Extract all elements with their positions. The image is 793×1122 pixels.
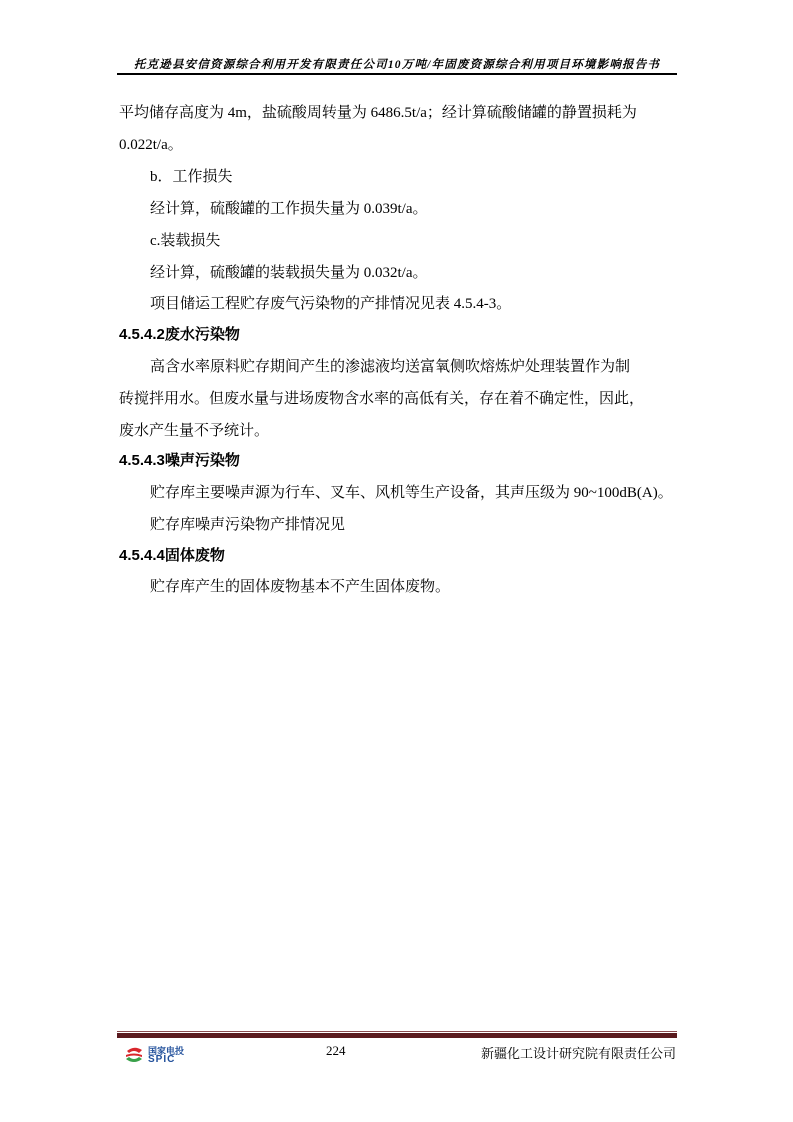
logo-english-text: SPIC bbox=[148, 1054, 175, 1065]
paragraph-line: 贮存库噪声污染物产排情况见 bbox=[150, 516, 345, 534]
section-heading-solid-waste: 4.5.4.4固体废物 bbox=[119, 547, 225, 565]
paragraph-line: 废水产生量不予统计。 bbox=[119, 422, 269, 440]
page-number: 224 bbox=[326, 1043, 346, 1059]
spic-logo-icon bbox=[124, 1045, 144, 1065]
paragraph-line: 项目储运工程贮存废气污染物的产排情况见表 4.5.4-3。 bbox=[150, 295, 511, 313]
paragraph-line: 贮存库产生的固体废物基本不产生固体废物。 bbox=[150, 578, 450, 596]
spic-logo: 国家电投 SPIC bbox=[124, 1043, 192, 1067]
list-label-c: c.装载损失 bbox=[150, 232, 220, 250]
paragraph-line: 高含水率原料贮存期间产生的渗滤液均送富氧侧吹熔炼炉处理装置作为制 bbox=[150, 358, 630, 376]
section-heading-wastewater: 4.5.4.2废水污染物 bbox=[119, 326, 240, 344]
list-label-b: b．工作损失 bbox=[150, 168, 233, 186]
footer-divider bbox=[117, 1033, 677, 1038]
footer-divider-thin bbox=[117, 1031, 677, 1032]
paragraph-line: 0.022t/a。 bbox=[119, 136, 183, 154]
header-divider bbox=[117, 73, 677, 75]
section-heading-noise: 4.5.4.3噪声污染物 bbox=[119, 452, 240, 470]
paragraph-line: 经计算，硫酸罐的工作损失量为 0.039t/a。 bbox=[150, 200, 428, 218]
paragraph-line: 贮存库主要噪声源为行车、叉车、风机等生产设备，其声压级为 90~100dB(A)… bbox=[150, 484, 673, 502]
header-title: 托克逊县安信资源综合利用开发有限责任公司10万吨/年固废资源综合利用项目环境影响… bbox=[117, 56, 677, 72]
footer-organization: 新疆化工设计研究院有限责任公司 bbox=[430, 1043, 676, 1062]
paragraph-line: 砖搅拌用水。但废水量与进场废物含水率的高低有关，存在着不确定性，因此， bbox=[119, 390, 644, 408]
paragraph-line: 平均储存高度为 4m，盐硫酸周转量为 6486.5t/a；经计算硫酸储罐的静置损… bbox=[119, 104, 637, 122]
paragraph-line: 经计算，硫酸罐的装载损失量为 0.032t/a。 bbox=[150, 264, 428, 282]
